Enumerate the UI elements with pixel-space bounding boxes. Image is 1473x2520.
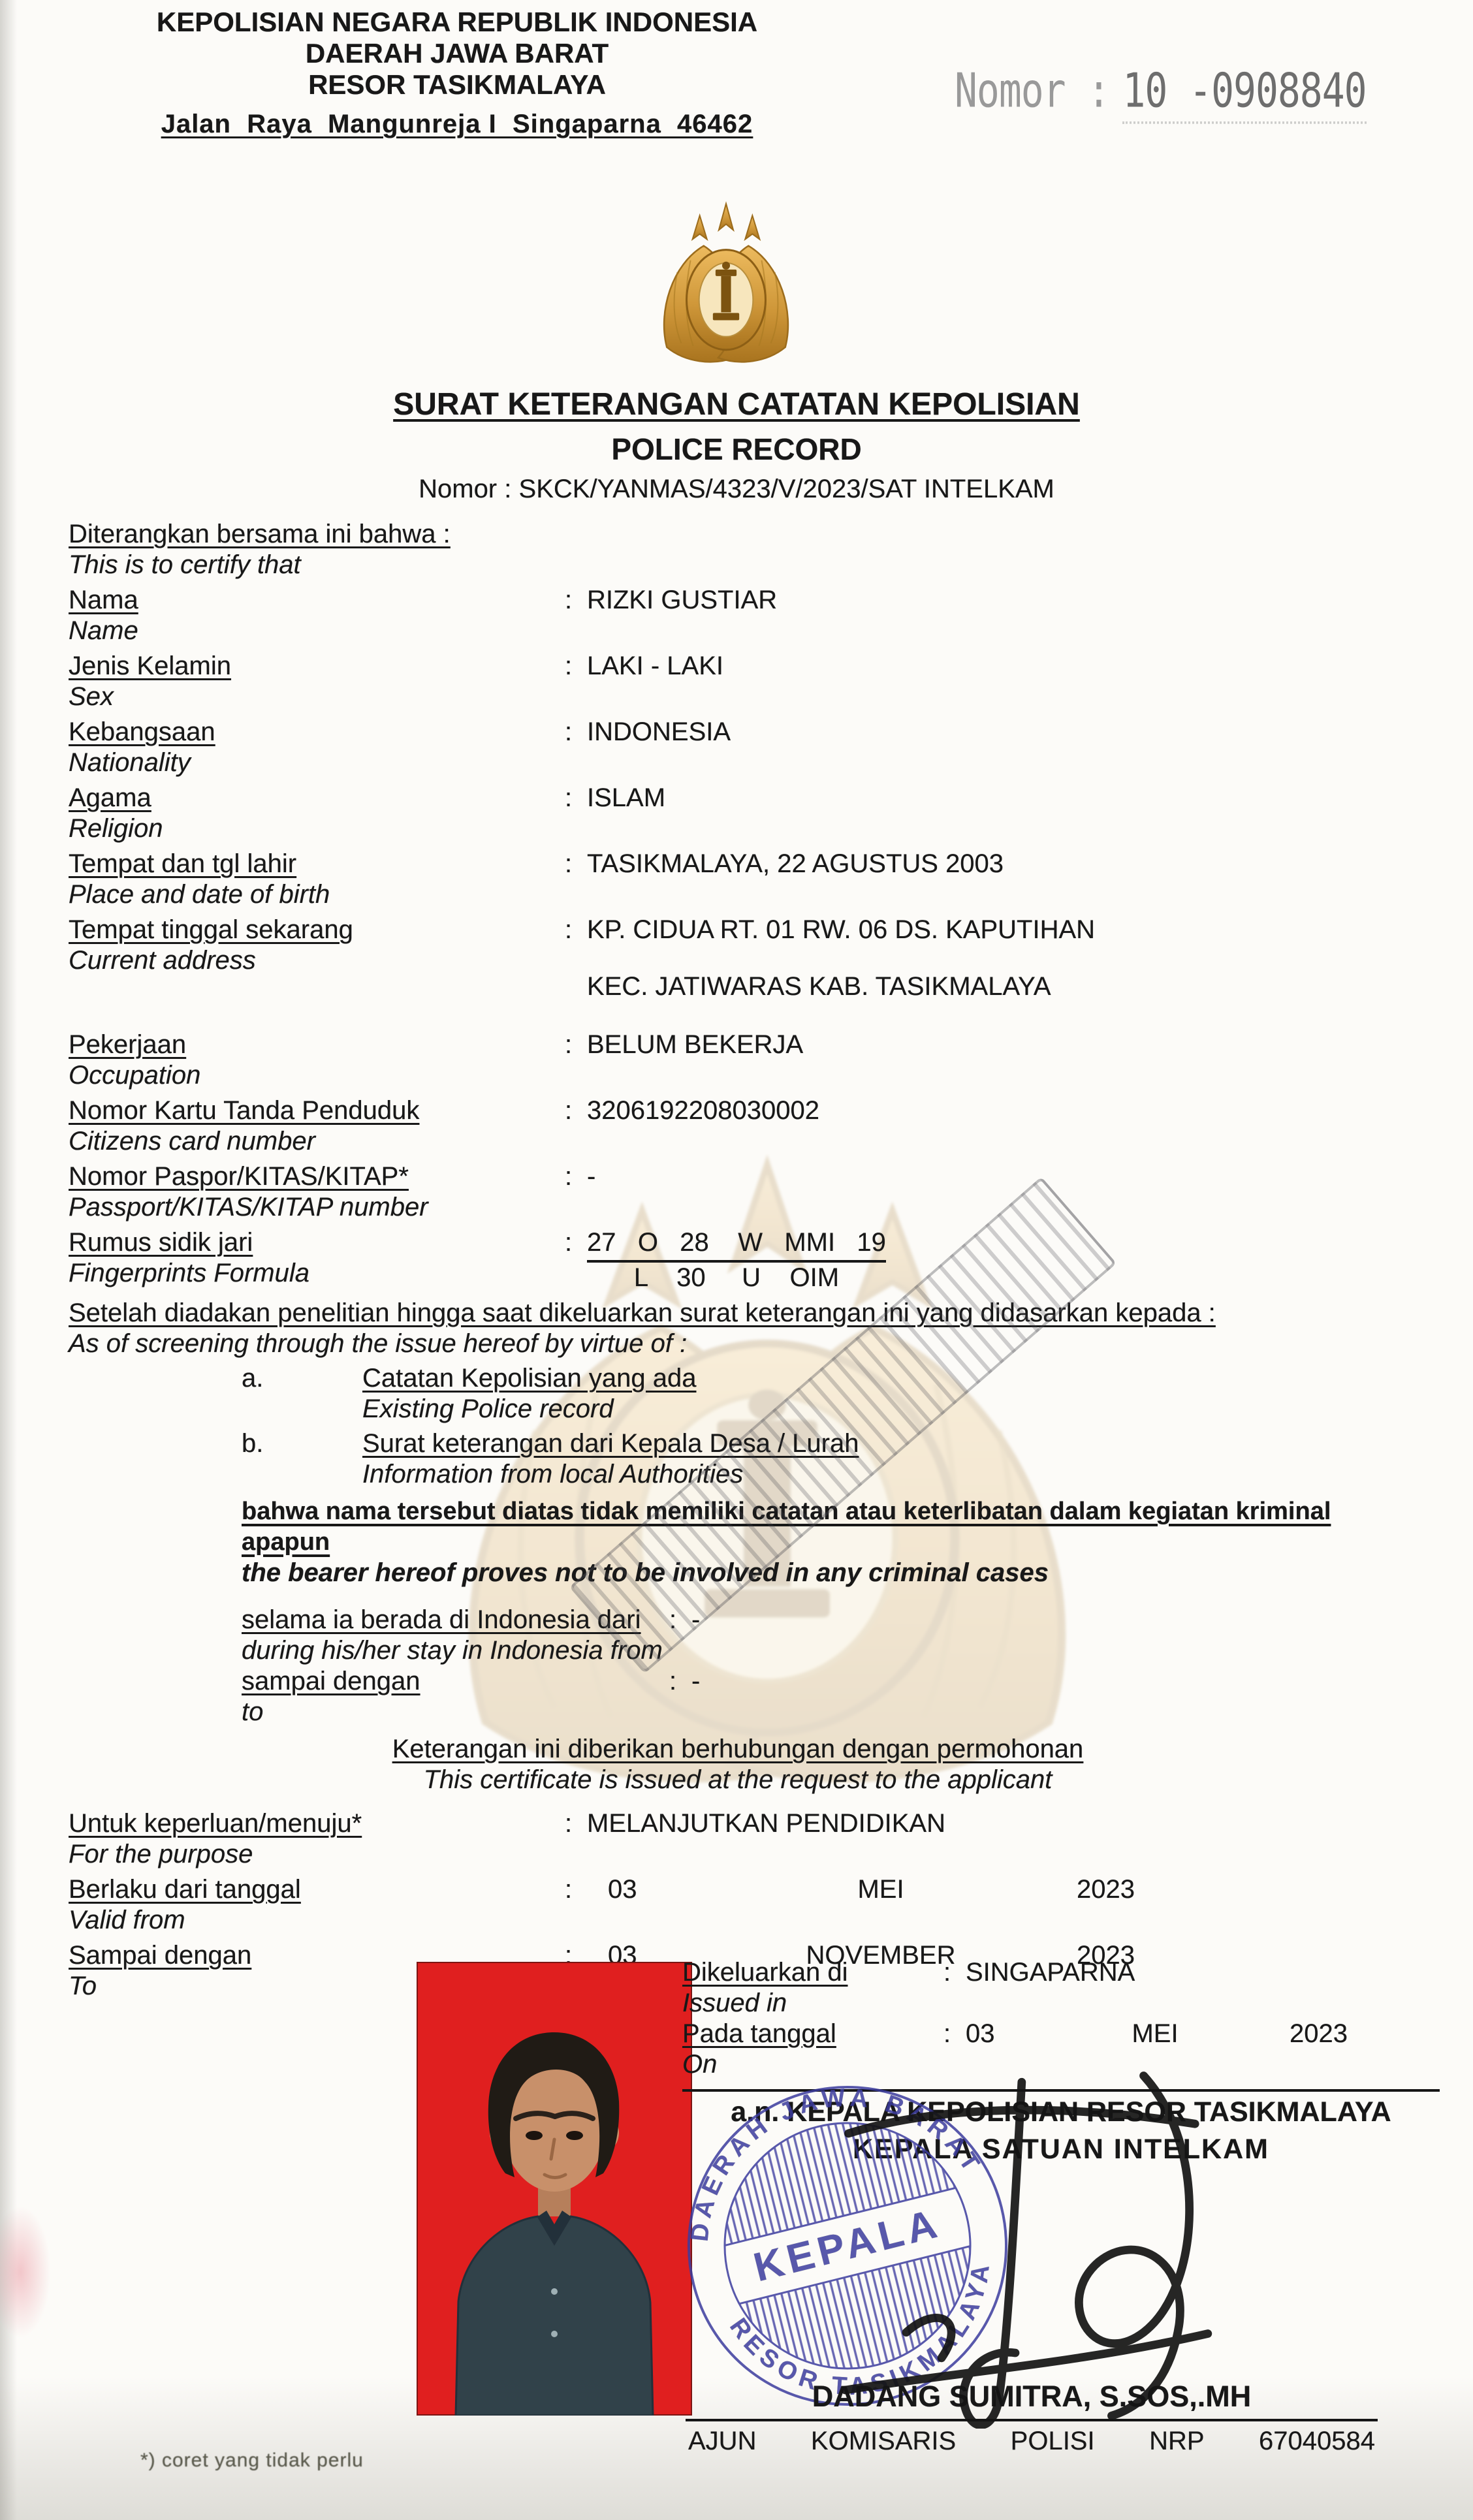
title-main: SURAT KETERANGAN CATATAN KEPOLISIAN bbox=[393, 387, 1080, 422]
colon: : bbox=[565, 1030, 587, 1060]
field-label: Tempat dan tgl lahir bbox=[69, 849, 296, 878]
field-label: Tempat tinggal sekarang bbox=[69, 915, 353, 944]
stay-period: selama ia berada di Indonesia dari : - d… bbox=[69, 1605, 1407, 1727]
issued-in-label: Dikeluarkan di bbox=[682, 1958, 847, 1987]
handwritten-signature bbox=[806, 2056, 1224, 2429]
field-label-en: Sex bbox=[69, 682, 565, 712]
request-note-id: Keterangan ini diberikan berhubungan den… bbox=[392, 1735, 1084, 1763]
stay-to-label: sampai dengan bbox=[242, 1667, 420, 1695]
colon: : bbox=[565, 651, 587, 682]
title-number-value: SKCK/YANMAS/4323/V/2023/SAT INTELKAM bbox=[519, 475, 1054, 503]
request-note-en: This certificate is issued at the reques… bbox=[69, 1765, 1407, 1795]
title-sub: POLICE RECORD bbox=[0, 432, 1473, 467]
field-row-paspor: Nomor Paspor/KITAS/KITAP* Passport/KITAS… bbox=[69, 1161, 1407, 1223]
field-label-en: Current address bbox=[69, 945, 565, 976]
issued-in-label-en: Issued in bbox=[682, 1988, 1440, 2019]
field-value-paspor: - bbox=[587, 1161, 1407, 1192]
request-note: Keterangan ini diberikan berhubungan den… bbox=[69, 1734, 1407, 1795]
field-label: Kebangsaan bbox=[69, 717, 215, 746]
rank-word: AJUN bbox=[688, 2427, 756, 2456]
intro-en: This is to certify that bbox=[69, 550, 565, 580]
field-row-pekerjaan: Pekerjaan Occupation : BELUM BEKERJA bbox=[69, 1030, 1407, 1091]
letterhead-address: Jalan Raya Mangunreja I Singaparna 46462 bbox=[161, 110, 753, 138]
valid-from-day: 03 bbox=[587, 1874, 685, 1905]
field-label: Rumus sidik jari bbox=[69, 1228, 253, 1257]
title-number-colon: : bbox=[504, 475, 511, 503]
statement-en: the bearer hereof proves not to be invol… bbox=[242, 1558, 1407, 1588]
field-value-tempat-lahir: TASIKMALAYA, 22 AGUSTUS 2003 bbox=[587, 849, 1407, 879]
field-label: Agama bbox=[69, 783, 151, 812]
field-value-nama: RIZKI GUSTIAR bbox=[587, 585, 1407, 616]
field-row-jenis-kelamin: Jenis Kelamin Sex : LAKI - LAKI bbox=[69, 651, 1407, 712]
field-value-alamat-2: KEC. JATIWARAS KAB. TASIKMALAYA bbox=[587, 971, 1407, 1002]
colon: : bbox=[565, 717, 587, 748]
field-value-jenis-kelamin: LAKI - LAKI bbox=[587, 651, 1407, 682]
issued-in-value: SINGAPARNA bbox=[966, 1957, 1135, 1988]
issued-on-row: Pada tanggal : 03 MEI 2023 bbox=[682, 2019, 1440, 2049]
valid-from-label-en: Valid from bbox=[69, 1905, 565, 1936]
field-label-en: Occupation bbox=[69, 1060, 565, 1091]
field-value-pekerjaan: BELUM BEKERJA bbox=[587, 1030, 1407, 1060]
fingerprint-line2: L 30 U OIM bbox=[587, 1263, 886, 1293]
field-label: Nomor Kartu Tanda Penduduk bbox=[69, 1096, 419, 1125]
stay-from-en: during his/her stay in Indonesia from bbox=[242, 1635, 1407, 1666]
colon: : bbox=[669, 1666, 691, 1697]
item-letter: b. bbox=[242, 1428, 362, 1490]
stay-to-en: to bbox=[242, 1697, 1407, 1727]
field-value-alamat-1: KP. CIDUA RT. 01 RW. 06 DS. KAPUTIHAN bbox=[587, 915, 1407, 945]
colon: : bbox=[565, 849, 587, 879]
letterhead-line3: RESOR TASIKMALAYA bbox=[131, 69, 784, 101]
scan-edge-shadow bbox=[0, 0, 17, 2520]
issued-on-label: Pada tanggal bbox=[682, 2019, 836, 2048]
field-label: Jenis Kelamin bbox=[69, 652, 231, 680]
rank-word: KOMISARIS bbox=[811, 2427, 956, 2456]
intro-id: Diterangkan bersama ini bahwa : bbox=[69, 520, 451, 548]
screening-en: As of screening through the issue hereof… bbox=[69, 1329, 1407, 1359]
colon: : bbox=[565, 915, 587, 945]
field-row-alamat: Tempat tinggal sekarang Current address … bbox=[69, 915, 1407, 1002]
field-value-kebangsaan: INDONESIA bbox=[587, 717, 1407, 748]
letterhead-line2: DAERAH JAWA BARAT bbox=[131, 38, 784, 69]
serial-number: Nomor : 10 -0908840 bbox=[955, 63, 1367, 124]
field-label-en: Citizens card number bbox=[69, 1126, 565, 1157]
field-label-en: Religion bbox=[69, 813, 565, 844]
item-letter: a. bbox=[242, 1363, 362, 1425]
colon: : bbox=[565, 1095, 587, 1126]
field-label: Nama bbox=[69, 586, 138, 614]
intro-row: Diterangkan bersama ini bahwa : This is … bbox=[69, 519, 1407, 580]
colon: : bbox=[565, 783, 587, 813]
serial-label: Nomor : bbox=[955, 63, 1109, 124]
letterhead-line1: KEPOLISIAN NEGARA REPUBLIK INDONESIA bbox=[131, 7, 784, 38]
police-emblem-icon bbox=[646, 200, 806, 364]
stay-to-value: - bbox=[691, 1666, 700, 1697]
purpose-label-en: For the purpose bbox=[69, 1839, 565, 1870]
issued-on-year: 2023 bbox=[1253, 2019, 1440, 2049]
field-row-nama: Nama Name : RIZKI GUSTIAR bbox=[69, 585, 1407, 646]
applicant-photo bbox=[417, 1962, 692, 2416]
screening-paragraph: Setelah diadakan penelitian hingga saat … bbox=[69, 1298, 1407, 1359]
field-row-kebangsaan: Kebangsaan Nationality : INDONESIA bbox=[69, 717, 1407, 778]
field-row-ktp: Nomor Kartu Tanda Penduduk Citizens card… bbox=[69, 1095, 1407, 1157]
field-row-tempat-lahir: Tempat dan tgl lahir Place and date of b… bbox=[69, 849, 1407, 910]
rank-word: POLISI bbox=[1011, 2427, 1095, 2456]
footnote: *) coret yang tidak perlu bbox=[140, 2449, 364, 2472]
title-number: Nomor : SKCK/YANMAS/4323/V/2023/SAT INTE… bbox=[0, 475, 1473, 504]
scan-smudge bbox=[0, 2181, 63, 2363]
issued-in-row: Dikeluarkan di : SINGAPARNA bbox=[682, 1957, 1440, 1988]
colon: : bbox=[565, 1808, 587, 1839]
skck-document-scan: KEPOLISIAN NEGARA REPUBLIK INDONESIA DAE… bbox=[0, 0, 1473, 2520]
item-en: Existing Police record bbox=[362, 1394, 696, 1425]
field-label-en: Fingerprints Formula bbox=[69, 1258, 565, 1289]
colon: : bbox=[943, 1957, 966, 1988]
valid-to-label: Sampai dengan bbox=[69, 1941, 251, 1970]
issued-on-day: 03 bbox=[966, 2019, 1057, 2049]
valid-from-year: 2023 bbox=[1077, 1874, 1407, 1905]
fingerprint-formula: 27 O 28 W MMI 19 L 30 U OIM bbox=[587, 1227, 886, 1293]
field-value-ktp: 3206192208030002 bbox=[587, 1095, 1407, 1126]
certificate-body: Diterangkan bersama ini bahwa : This is … bbox=[69, 519, 1407, 2006]
field-label-en: Name bbox=[69, 616, 565, 646]
title-number-label: Nomor bbox=[419, 475, 497, 503]
valid-from-month: MEI bbox=[685, 1874, 1077, 1905]
fingerprint-line1: 27 O 28 W MMI 19 bbox=[587, 1227, 886, 1263]
purpose-row: Untuk keperluan/menuju* For the purpose … bbox=[69, 1808, 1407, 1870]
serial-value: 10 -0908840 bbox=[1122, 63, 1366, 124]
issued-on-month: MEI bbox=[1057, 2019, 1253, 2049]
colon: : bbox=[565, 1874, 587, 1905]
document-title-block: SURAT KETERANGAN CATATAN KEPOLISIAN POLI… bbox=[0, 386, 1473, 504]
item-id: Catatan Kepolisian yang ada bbox=[362, 1364, 696, 1393]
colon: : bbox=[565, 1161, 587, 1192]
field-value-agama: ISLAM bbox=[587, 783, 1407, 813]
nrp-label: NRP bbox=[1149, 2427, 1204, 2456]
valid-from-label: Berlaku dari tanggal bbox=[69, 1875, 301, 1904]
field-row-agama: Agama Religion : ISLAM bbox=[69, 783, 1407, 844]
signatory-rank-row: AJUN KOMISARIS POLISI NRP 67040584 bbox=[686, 2427, 1378, 2456]
nrp-number: 67040584 bbox=[1259, 2427, 1375, 2456]
purpose-value: MELANJUTKAN PENDIDIKAN bbox=[587, 1808, 1407, 1839]
colon: : bbox=[943, 2019, 966, 2049]
field-label: Nomor Paspor/KITAS/KITAP* bbox=[69, 1162, 409, 1191]
field-label-en: Nationality bbox=[69, 748, 565, 778]
field-label-en: Place and date of birth bbox=[69, 879, 565, 910]
letterhead: KEPOLISIAN NEGARA REPUBLIK INDONESIA DAE… bbox=[131, 7, 784, 140]
colon: : bbox=[565, 1227, 587, 1258]
stay-from-label: selama ia berada di Indonesia dari bbox=[242, 1605, 641, 1634]
colon: : bbox=[565, 585, 587, 616]
field-label-en: Passport/KITAS/KITAP number bbox=[69, 1192, 565, 1223]
field-label: Pekerjaan bbox=[69, 1030, 186, 1059]
valid-from-row: Berlaku dari tanggal Valid from : 03 MEI… bbox=[69, 1874, 1407, 1936]
purpose-label: Untuk keperluan/menuju* bbox=[69, 1809, 362, 1838]
field-row-sidik-jari: Rumus sidik jari Fingerprints Formula : … bbox=[69, 1227, 1407, 1293]
